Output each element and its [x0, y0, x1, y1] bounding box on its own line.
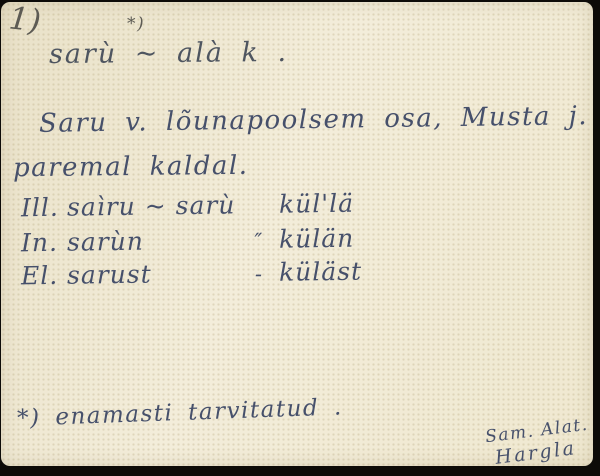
case-locative: külän [279, 224, 355, 254]
footnote-marker-superscript: *) [127, 14, 145, 34]
case-form: sarùn [67, 225, 239, 256]
scan-frame: 1) *) sarù ~ alà k . Saru v. lõunapoolse… [0, 0, 600, 476]
case-row-illative: Ill. saìru ~ sarù kül'lä [21, 189, 354, 223]
case-abbr: Ill. [21, 193, 67, 223]
archive-card: 1) *) sarù ~ alà k . Saru v. lõunapoolse… [1, 2, 593, 466]
corner-number: 1) [7, 0, 42, 39]
case-locative: kül'lä [279, 189, 354, 219]
case-row-inessive: In. sarùn ″ külän [21, 224, 355, 258]
case-row-elative: El. sarust - küläst [21, 257, 362, 291]
case-form: sarust [67, 258, 239, 289]
footnote-text: *) enamasti tarvitatud . [17, 394, 344, 431]
ditto-mark: ″ [239, 229, 279, 254]
case-abbr: In. [21, 228, 67, 258]
description-line-2: paremal kaldal. [13, 151, 249, 183]
headword-title: sarù ~ alà k . [49, 37, 288, 70]
ditto-mark: - [239, 262, 279, 287]
description-line-1: Saru v. lõunapoolsem osa, Musta j. [39, 101, 588, 139]
case-locative: küläst [279, 257, 362, 287]
ditto-mark [239, 213, 279, 214]
case-abbr: El. [21, 261, 67, 291]
case-form: saìru ~ sarù [67, 190, 239, 221]
